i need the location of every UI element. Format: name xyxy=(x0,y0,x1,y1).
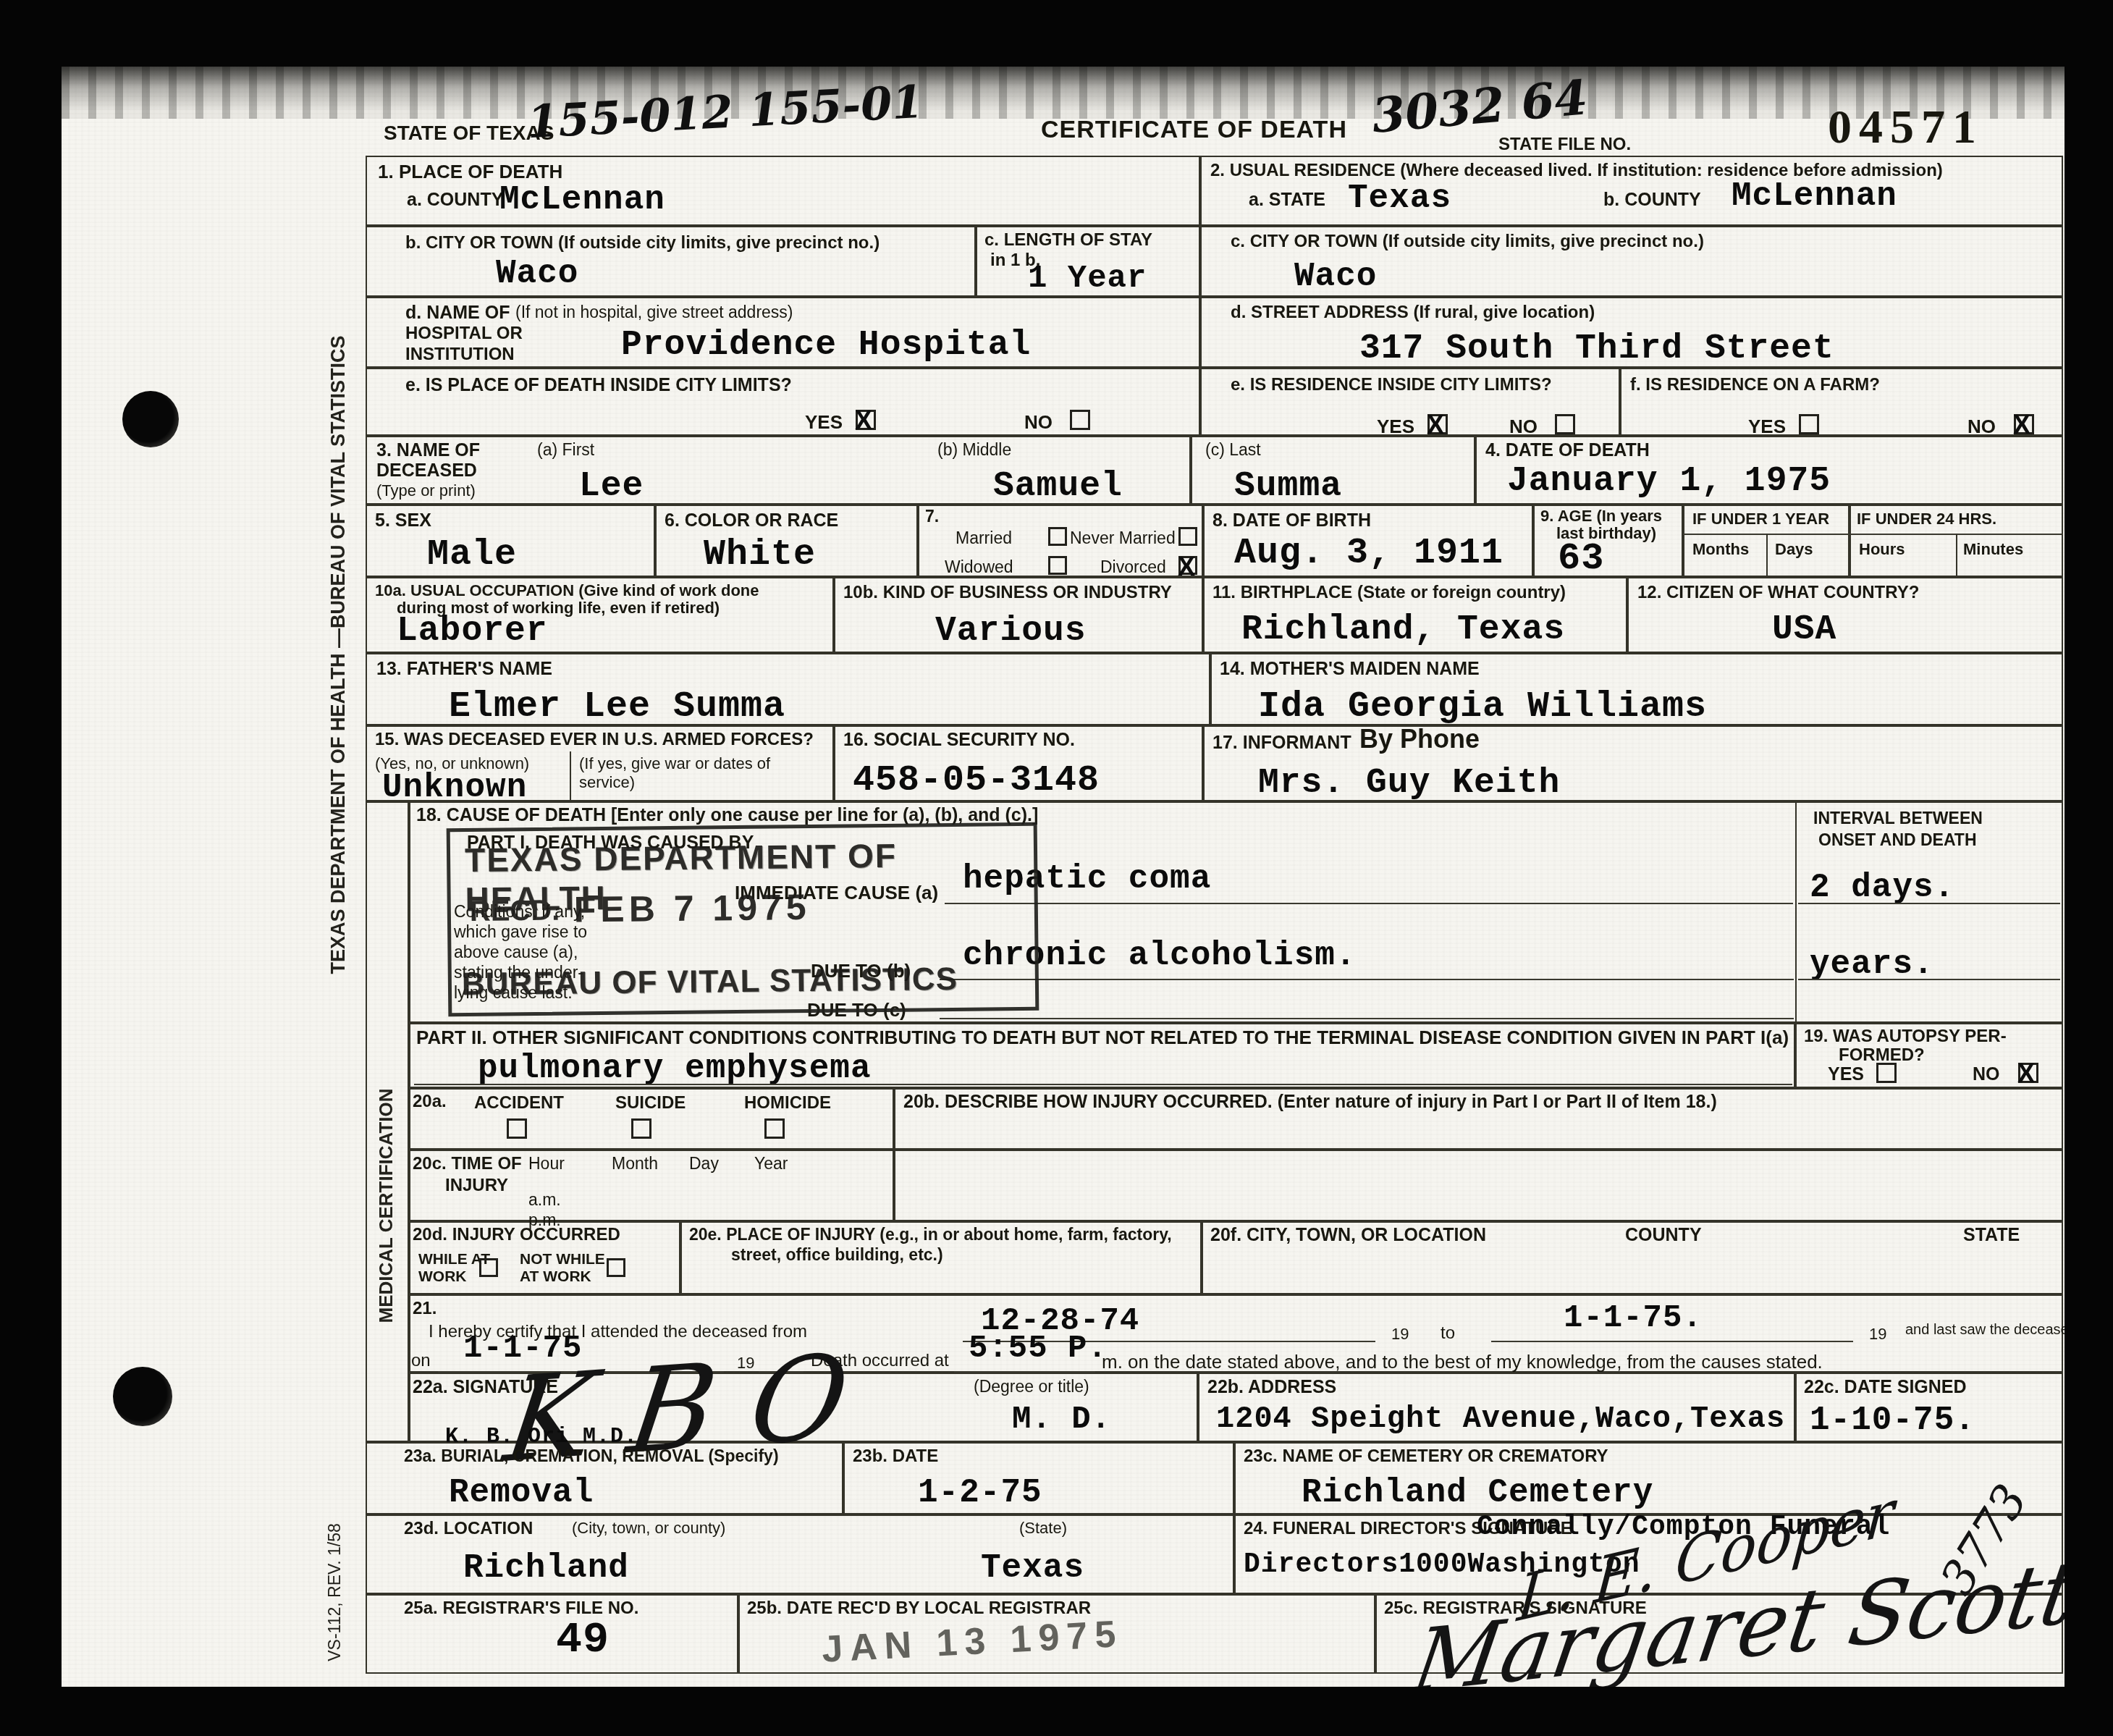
s9-minutes-label: Minutes xyxy=(1963,540,2023,559)
s1e-yes-label: YES xyxy=(805,411,843,434)
s1e-no-checkbox xyxy=(1070,410,1090,430)
s7-married-label: Married xyxy=(956,528,1012,548)
s6-value: White xyxy=(704,534,816,576)
s20a-suicide-checkbox xyxy=(631,1118,651,1139)
s23d-city-sub: (City, town, or county) xyxy=(572,1519,725,1538)
s21-number: 21. xyxy=(413,1299,436,1319)
s14-value: Ida Georgia Williams xyxy=(1258,686,1707,728)
s20d-while-checkbox xyxy=(479,1258,498,1277)
s25b-label: 25b. DATE REC'D BY LOCAL REGISTRAR xyxy=(747,1598,1091,1619)
s25a-value: 49 xyxy=(556,1616,610,1665)
s1-header: 1. PLACE OF DEATH xyxy=(378,161,562,183)
hole-punch xyxy=(113,1367,172,1426)
s23d-state-value: Texas xyxy=(981,1549,1084,1587)
medical-certification-strip xyxy=(366,801,409,1442)
s6-label: 6. COLOR OR RACE xyxy=(665,510,838,531)
s23d-city-value: Richland xyxy=(463,1549,629,1587)
s20e-label2: street, office building, etc.) xyxy=(731,1245,943,1265)
age-subheader-line xyxy=(1683,534,2063,535)
s19-yes-label: YES xyxy=(1828,1064,1864,1085)
s1d-label2: (If not in hospital, give street address… xyxy=(515,303,793,322)
s18-line-b xyxy=(940,979,1794,980)
s15-label: 15. WAS DECEASED EVER IN U.S. ARMED FORC… xyxy=(375,730,814,750)
s23a-value: Removal xyxy=(449,1474,594,1512)
s19-no-label: NO xyxy=(1973,1064,2000,1085)
s11-label: 11. BIRTHPLACE (State or foreign country… xyxy=(1212,583,1566,603)
s1c-label: c. LENGTH OF STAY xyxy=(984,230,1152,250)
film-border-bottom xyxy=(0,1687,2113,1736)
s23b-label: 23b. DATE xyxy=(853,1446,938,1467)
s2d-value: 317 South Third Street xyxy=(1359,329,1834,368)
s17-label: 17. INFORMANT xyxy=(1212,733,1351,754)
s3-middle-label: (b) Middle xyxy=(937,440,1011,460)
department-vertical-label: TEXAS DEPARTMENT OF HEALTH —BUREAU OF VI… xyxy=(327,374,350,974)
s19-no-checkbox: X xyxy=(2018,1063,2038,1083)
s2b-label: b. COUNTY xyxy=(1603,190,1701,211)
state-file-no-label: STATE FILE NO. xyxy=(1498,135,1631,155)
s20a-accident-label: ACCIDENT xyxy=(474,1093,564,1113)
s9-hours-label: Hours xyxy=(1859,540,1905,559)
interval-a-value: 2 days. xyxy=(1810,869,1954,906)
s11-value: Richland, Texas xyxy=(1241,610,1565,649)
s7-divorced-label: Divorced xyxy=(1100,557,1166,577)
s2e-yes-label: YES xyxy=(1377,416,1414,438)
s20b-label: 20b. DESCRIBE HOW INJURY OCCURRED. (Ente… xyxy=(903,1092,1717,1113)
form-number-vertical-label: VS-112, REV. 1/58 xyxy=(325,1495,345,1690)
s21-to-value: 1-1-75. xyxy=(1564,1300,1703,1336)
s21-on-label: on xyxy=(411,1351,431,1371)
s21-year1: 19 xyxy=(1391,1325,1409,1344)
s19-no-mark: X xyxy=(2017,1058,2035,1089)
s7-divorced-checkbox: X xyxy=(1178,556,1197,575)
s1e-yes-mark: X xyxy=(855,405,872,436)
s1a-label: a. COUNTY xyxy=(407,190,503,211)
s13-value: Elmer Lee Summa xyxy=(449,686,785,728)
s22b-label: 22b. ADDRESS xyxy=(1207,1377,1336,1398)
s21-to-label: to xyxy=(1441,1323,1455,1344)
s3-last-value: Summa xyxy=(1234,467,1342,506)
s4-value: January 1, 1975 xyxy=(1507,462,1831,501)
interval-header2: ONSET AND DEATH xyxy=(1818,830,1977,850)
certificate-title: CERTIFICATE OF DEATH xyxy=(1041,116,1347,144)
s13-label: 13. FATHER'S NAME xyxy=(376,659,552,680)
s5-label: 5. SEX xyxy=(375,510,431,531)
s2f-no-checkbox: X xyxy=(2014,414,2034,434)
s12-label: 12. CITIZEN OF WHAT COUNTRY? xyxy=(1637,583,1919,603)
s16-value: 458-05-3148 xyxy=(853,760,1100,801)
stamp-recd: RECD. xyxy=(470,895,560,928)
s9-days-label: Days xyxy=(1775,540,1813,559)
s20a-accident-checkbox xyxy=(507,1118,527,1139)
s2c-value: Waco xyxy=(1294,258,1377,295)
s2f-no-mark: X xyxy=(2013,410,2030,440)
s15-sub2: (If yes, give war or dates of service) xyxy=(579,754,825,792)
stamp-line3: BUREAU OF VITAL STATISTICS xyxy=(462,961,958,1003)
s20c-day-label: Day xyxy=(689,1154,719,1174)
s8-label: 8. DATE OF BIRTH xyxy=(1212,510,1371,531)
s2c-label: c. CITY OR TOWN (If outside city limits,… xyxy=(1231,232,1704,252)
s20d-notwhile-checkbox xyxy=(607,1258,625,1277)
s20c-year-label: Year xyxy=(754,1154,788,1174)
s2e-yes-mark: X xyxy=(1427,410,1444,440)
armed-forces-divider xyxy=(570,751,571,801)
s9-under24-header: IF UNDER 24 HRS. xyxy=(1857,510,1996,528)
s17-value: Mrs. Guy Keith xyxy=(1258,764,1560,803)
s20f-state-label: STATE xyxy=(1963,1225,2020,1246)
s20a-homicide-label: HOMICIDE xyxy=(744,1093,831,1113)
s2f-label: f. IS RESIDENCE ON A FARM? xyxy=(1630,375,1880,395)
s3-header1: 3. NAME OF xyxy=(376,440,480,461)
hole-punch xyxy=(122,391,179,447)
s3-last-label: (c) Last xyxy=(1205,440,1261,460)
interval-line-a xyxy=(1798,903,2060,904)
s19-label1: 19. WAS AUTOPSY PER- xyxy=(1804,1027,2007,1047)
s20c-label1: 20c. TIME OF xyxy=(413,1154,522,1174)
s9-label1: 9. AGE (In years xyxy=(1540,507,1662,526)
s2e-label: e. IS RESIDENCE INSIDE CITY LIMITS? xyxy=(1231,375,1552,395)
s23c-value: Richland Cemetery xyxy=(1302,1474,1653,1512)
interval-line-b xyxy=(1798,979,2060,980)
s20c-month-label: Month xyxy=(612,1154,658,1174)
part2-label: PART II. OTHER SIGNIFICANT CONDITIONS CO… xyxy=(416,1027,1789,1049)
s23a-label: 23a. BURIAL, CREMATION, REMOVAL (Specify… xyxy=(404,1446,779,1466)
s8-value: Aug. 3, 1911 xyxy=(1234,533,1503,574)
s2e-no-checkbox xyxy=(1555,414,1575,434)
s22b-value: 1204 Speight Avenue,Waco,Texas xyxy=(1216,1402,1785,1436)
film-border-top xyxy=(0,0,2113,67)
s3-header3: (Type or print) xyxy=(376,481,476,500)
s20a-homicide-checkbox xyxy=(764,1118,785,1139)
s2a-value: Texas xyxy=(1348,180,1451,217)
s20e-label1: 20e. PLACE OF INJURY (e.g., in or about … xyxy=(689,1225,1172,1244)
s23b-value: 1-2-75 xyxy=(918,1474,1042,1512)
s1e-no-label: NO xyxy=(1024,411,1053,434)
s1d-label3: HOSPITAL OR xyxy=(405,324,523,344)
s20c-am-label: a.m. xyxy=(528,1190,561,1210)
s3-header2: DECEASED xyxy=(376,460,477,481)
stamp-date: FEB 7 1975 xyxy=(574,886,811,930)
s7-label: 7. xyxy=(925,507,939,526)
months-days-divider xyxy=(1766,534,1768,577)
s17-by-phone: By Phone xyxy=(1359,724,1480,754)
hours-minutes-divider xyxy=(1956,534,1957,577)
s9-under1yr-header: IF UNDER 1 YEAR xyxy=(1692,510,1829,528)
interval-b-value: years. xyxy=(1810,945,1934,983)
film-border-left xyxy=(0,0,62,1736)
scanned-death-certificate: TEXAS DEPARTMENT OF HEALTH —BUREAU OF VI… xyxy=(0,0,2113,1736)
s18-line-c xyxy=(940,1018,1794,1019)
s10a-label1: 10a. USUAL OCCUPATION (Give kind of work… xyxy=(375,581,759,600)
s7-never-married-checkbox xyxy=(1178,527,1197,546)
s22c-value: 1-10-75. xyxy=(1810,1402,1975,1439)
s22a-degree-label: (Degree or title) xyxy=(974,1377,1089,1396)
s1a-value: McLennan xyxy=(499,181,665,219)
s20a-suicide-label: SUICIDE xyxy=(615,1093,686,1113)
s1c-value: 1 Year xyxy=(1028,261,1147,297)
serial-number: 04571 xyxy=(1828,100,1983,155)
s12-value: USA xyxy=(1772,610,1836,649)
s2f-yes-label: YES xyxy=(1748,416,1786,438)
film-border-right xyxy=(2065,0,2113,1736)
s15-value: Unknown xyxy=(382,769,527,806)
s7-married-checkbox xyxy=(1048,527,1067,546)
s23d-label: 23d. LOCATION xyxy=(404,1519,533,1539)
s3-first-value: Lee xyxy=(579,467,644,506)
s14-label: 14. MOTHER'S MAIDEN NAME xyxy=(1220,659,1480,680)
cell-20b-continued xyxy=(894,1150,2063,1221)
s1b-label: b. CITY OR TOWN (If outside city limits,… xyxy=(405,233,880,253)
s22c-label: 22c. DATE SIGNED xyxy=(1804,1377,1967,1398)
s22a-degree-value: M. D. xyxy=(1012,1402,1111,1438)
s19-yes-checkbox xyxy=(1876,1063,1897,1083)
s18-line-a xyxy=(945,903,1793,904)
s22a-typed-signature: K. B. Ori M.D. xyxy=(445,1425,638,1449)
s1e-label: e. IS PLACE OF DEATH INSIDE CITY LIMITS? xyxy=(405,375,792,396)
s9-months-label: Months xyxy=(1692,540,1749,559)
s20d-label: 20d. INJURY OCCURRED xyxy=(413,1225,620,1245)
s4-label: 4. DATE OF DEATH xyxy=(1485,440,1650,461)
s20a-label: 20a. xyxy=(413,1092,447,1112)
s21-time-value: 5:55 P. xyxy=(969,1331,1108,1367)
s23d-state-sub: (State) xyxy=(1019,1519,1067,1538)
s20f-county-label: COUNTY xyxy=(1625,1225,1702,1246)
s1b-value: Waco xyxy=(496,255,578,292)
s21-text4: m. on the date stated above, and to the … xyxy=(1102,1351,1823,1373)
s10b-value: Various xyxy=(935,612,1087,651)
s1d-label4: INSTITUTION xyxy=(405,345,515,365)
s7-divorced-mark: X xyxy=(1178,552,1195,582)
s3-first-label: (a) First xyxy=(537,440,594,460)
s21-to-line xyxy=(1491,1341,1853,1342)
interval-header1: INTERVAL BETWEEN xyxy=(1813,809,1983,828)
s2d-label: d. STREET ADDRESS (If rural, give locati… xyxy=(1231,303,1595,323)
s3-middle-value: Samuel xyxy=(993,467,1123,506)
s2e-no-label: NO xyxy=(1509,416,1538,438)
s2b-value: McLennan xyxy=(1732,177,1897,215)
s5-value: Male xyxy=(427,534,517,576)
s21-year2: 19 xyxy=(1869,1325,1886,1344)
s20d-notwhile1: NOT WHILE xyxy=(520,1251,605,1268)
s1d-value: Providence Hospital xyxy=(621,326,1031,365)
s2a-label: a. STATE xyxy=(1249,190,1325,211)
s7-widowed-checkbox xyxy=(1048,556,1067,575)
s1d-label1: d. NAME OF xyxy=(405,303,510,324)
s20f-label: 20f. CITY, TOWN, OR LOCATION xyxy=(1210,1225,1486,1246)
s2f-no-label: NO xyxy=(1968,416,1996,438)
s23c-label: 23c. NAME OF CEMETERY OR CREMATORY xyxy=(1244,1446,1608,1467)
s21-time-line xyxy=(954,1371,1095,1373)
part2-value: pulmonary emphysema xyxy=(478,1050,872,1087)
s2f-yes-checkbox xyxy=(1799,414,1819,434)
s16-label: 16. SOCIAL SECURITY NO. xyxy=(843,730,1075,751)
s20d-notwhile2: AT WORK xyxy=(520,1268,591,1286)
s20d-while2: WORK xyxy=(418,1268,467,1286)
s7-widowed-label: Widowed xyxy=(945,557,1013,577)
part2-line xyxy=(414,1084,1792,1085)
s20c-label2: INJURY xyxy=(445,1176,508,1196)
s2e-yes-checkbox: X xyxy=(1427,414,1448,434)
s9-value: 63 xyxy=(1558,537,1604,580)
s10a-value: Laborer xyxy=(397,612,548,651)
s10b-label: 10b. KIND OF BUSINESS OR INDUSTRY xyxy=(843,583,1172,603)
s1e-yes-checkbox: X xyxy=(856,410,876,430)
s20c-hour-label: Hour xyxy=(528,1154,565,1174)
scan-noise-band xyxy=(62,67,2065,119)
bureau-received-stamp: TEXAS DEPARTMENT OF HEALTH RECD. FEB 7 1… xyxy=(447,822,1039,1017)
s7-never-married-label: Never Married xyxy=(1070,528,1176,548)
